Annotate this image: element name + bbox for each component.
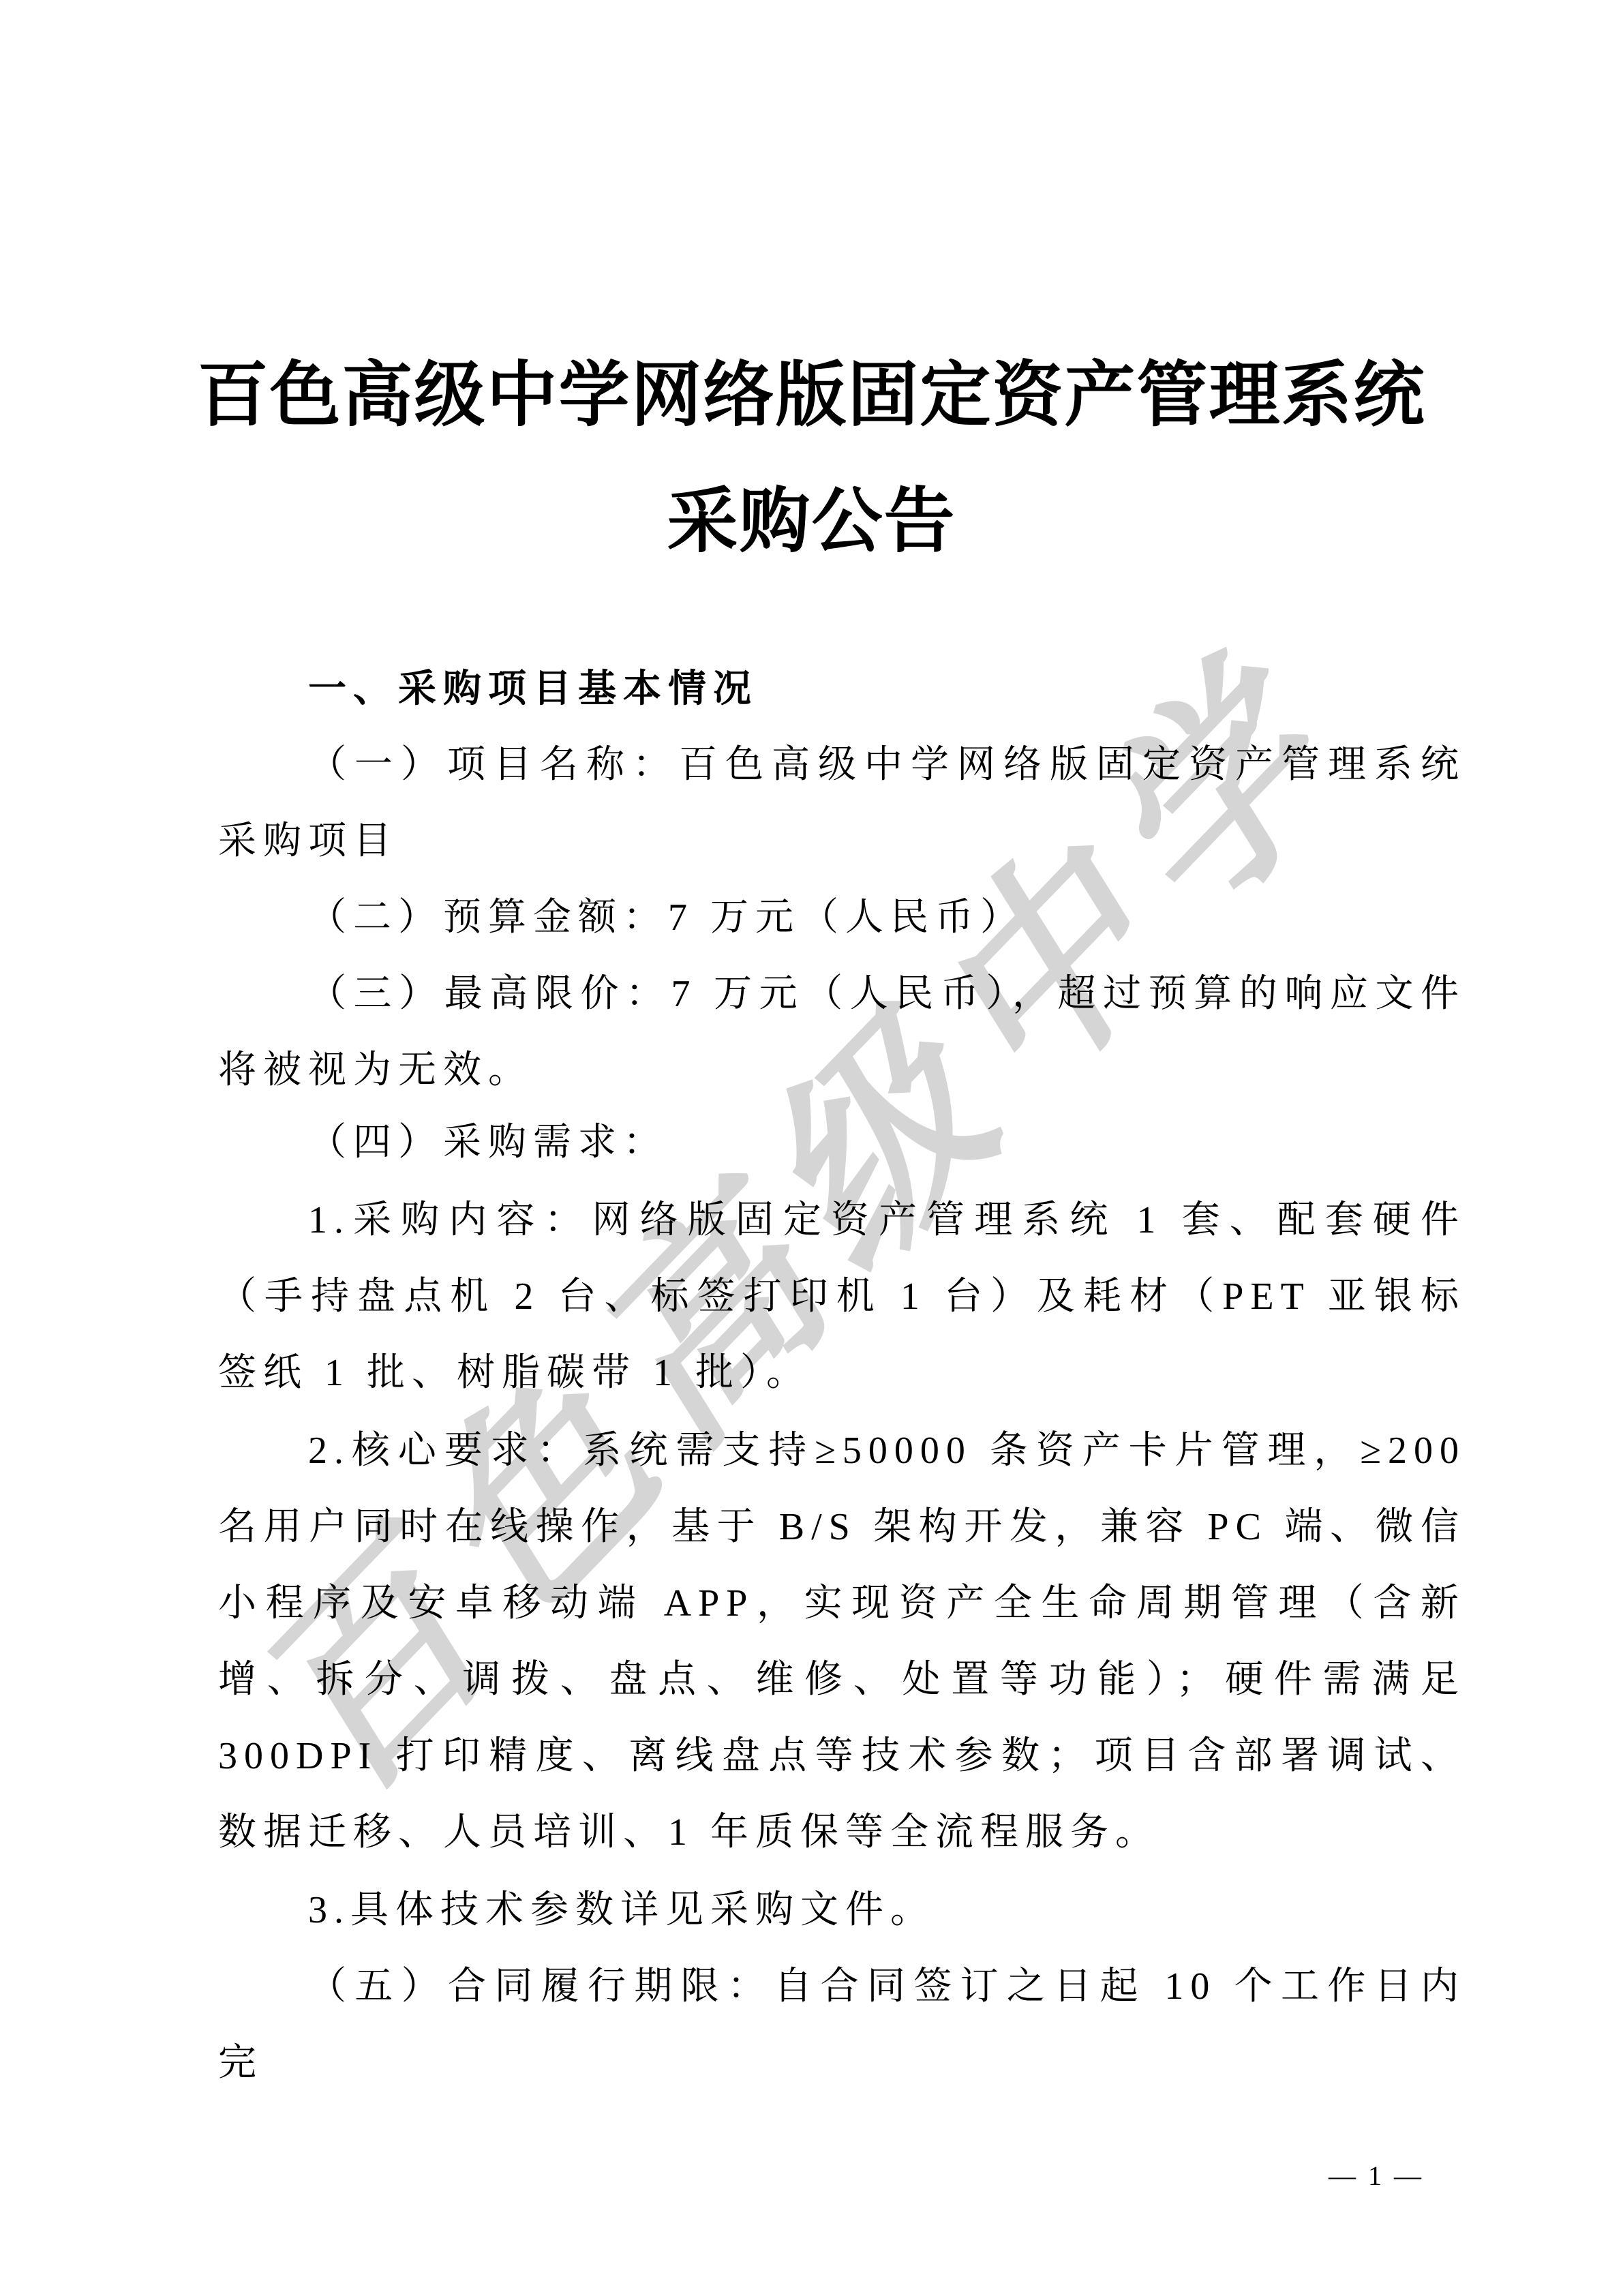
paragraph-procurement-content: 1.采购内容：网络版固定资产管理系统 1 套、配套硬件（手持盘点机 2 台、标签…	[218, 1182, 1466, 1411]
paragraph-contract-period: （五）合同履行期限：自合同签订之日起 10 个工作日内完	[218, 1948, 1466, 2101]
paragraph-technical-parameters: 3.具体技术参数详见采购文件。	[218, 1872, 1466, 1948]
page-number: — 1 —	[1329, 2160, 1424, 2192]
document-body: 一、采购项目基本情况 （一）项目名称：百色高级中学网络版固定资产管理系统采购项目…	[218, 0, 1466, 2296]
paragraph-budget: （二）预算金额：7 万元（人民币）	[218, 879, 1466, 956]
paragraph-price-limit: （三）最高限价：7 万元（人民币），超过预算的响应文件将被视为无效。	[218, 956, 1466, 1108]
paragraph-procurement-demand: （四）采购需求：	[218, 1104, 1466, 1181]
document-page: 百色高级中学 百色高级中学网络版固定资产管理系统 采购公告 一、采购项目基本情况…	[0, 0, 1623, 2296]
paragraph-core-requirements: 2.核心要求：系统需支持≥50000 条资产卡片管理，≥200 名用户同时在线操…	[218, 1413, 1466, 1871]
paragraph-project-name: （一）项目名称：百色高级中学网络版固定资产管理系统采购项目	[218, 727, 1466, 879]
section-heading: 一、采购项目基本情况	[218, 650, 1466, 727]
